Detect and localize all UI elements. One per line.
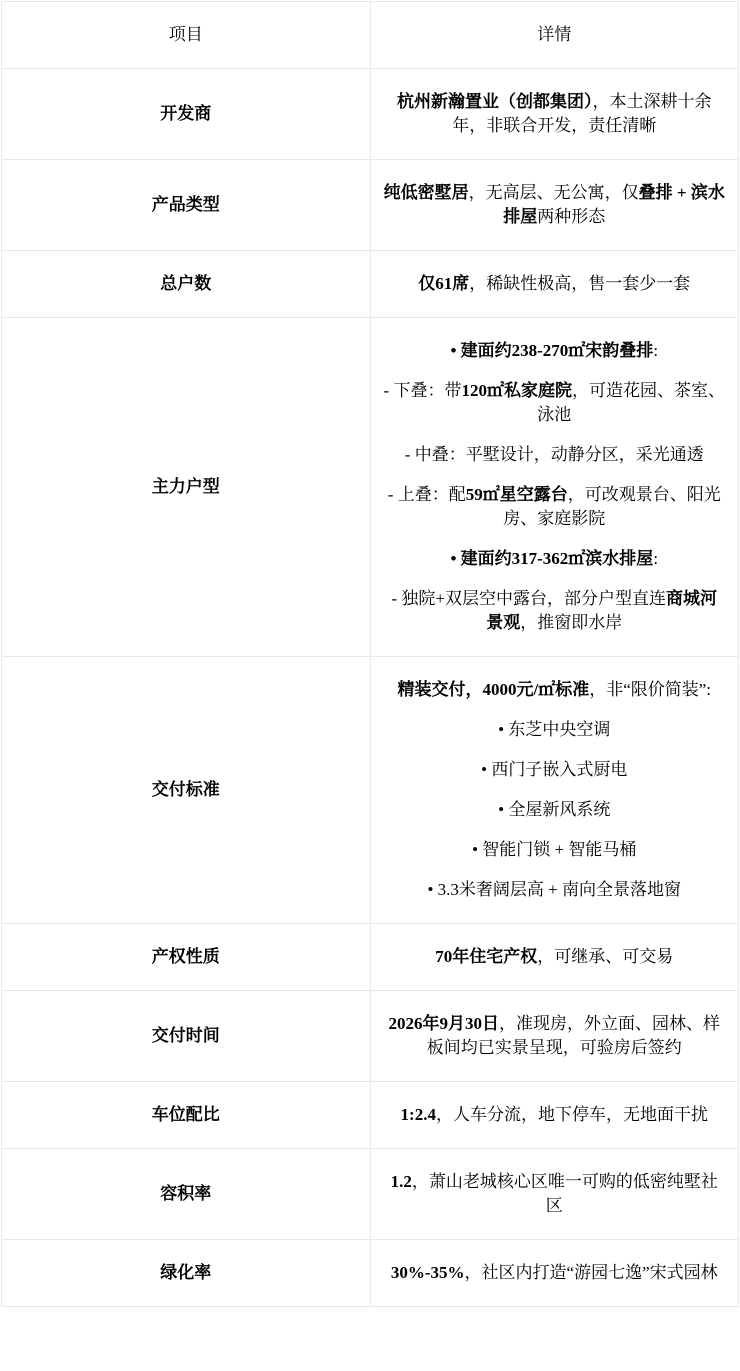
- detail-paragraph: 精装交付，4000元/㎡标准，非“限价简装”:: [384, 678, 726, 702]
- row-label-cell: 总户数: [2, 251, 371, 318]
- row-label-cell: 车位配比: [2, 1082, 371, 1149]
- text-segment: 纯低密墅居: [384, 183, 469, 202]
- table-row: 车位配比1:2.4，人车分流，地下停车，无地面干扰: [2, 1082, 739, 1149]
- row-label-cell: 交付标准: [2, 657, 371, 924]
- text-segment: 两种形态: [537, 207, 605, 226]
- row-label-cell: 容积率: [2, 1149, 371, 1240]
- text-segment: • 3.3米奢阔层高 + 南向全景落地窗: [427, 880, 681, 899]
- table-row: 产品类型纯低密墅居，无高层、无公寓，仅叠排 + 滨水排屋两种形态: [2, 160, 739, 251]
- table-row: 开发商杭州新瀚置业（创都集团），本土深耕十余年，非联合开发，责任清晰: [2, 69, 739, 160]
- text-segment: 120㎡私家庭院: [461, 381, 572, 400]
- text-segment: 杭州新瀚置业（创都集团）: [397, 92, 593, 111]
- row-detail-cell: 70年住宅产权，可继承、可交易: [370, 924, 739, 991]
- row-detail-cell: 1.2，萧山老城核心区唯一可购的低密纯墅社区: [370, 1149, 739, 1240]
- row-label-cell: 交付时间: [2, 991, 371, 1082]
- text-segment: :: [653, 341, 658, 360]
- table-row: 产权性质70年住宅产权，可继承、可交易: [2, 924, 739, 991]
- detail-paragraph: • 智能门锁 + 智能马桶: [384, 838, 726, 862]
- row-detail-cell: 30%-35%，社区内打造“游园七逸”宋式园林: [370, 1240, 739, 1307]
- row-detail-cell: 1:2.4，人车分流，地下停车，无地面干扰: [370, 1082, 739, 1149]
- text-segment: ，萧山老城核心区唯一可购的低密纯墅社区: [412, 1172, 718, 1215]
- text-segment: 59㎡星空露台: [466, 485, 568, 504]
- text-segment: 1.2: [391, 1172, 412, 1191]
- detail-paragraph: 70年住宅产权，可继承、可交易: [384, 945, 726, 969]
- table-row: 交付时间2026年9月30日，准现房，外立面、园林、样板间均已实景呈现，可验房后…: [2, 991, 739, 1082]
- text-segment: 30%-35%: [391, 1263, 465, 1282]
- text-segment: - 独院+双层空中露台，部分户型直连: [392, 589, 667, 608]
- text-segment: ，社区内打造“游园七逸”宋式园林: [465, 1263, 718, 1282]
- text-segment: 2026年9月30日: [389, 1014, 500, 1033]
- row-detail-cell: • 建面约238-270㎡宋韵叠排:- 下叠：带120㎡私家庭院，可造花园、茶室…: [370, 318, 739, 657]
- detail-paragraph: - 独院+双层空中露台，部分户型直连商城河景观，推窗即水岸: [384, 587, 726, 635]
- table-row: 总户数仅61席，稀缺性极高，售一套少一套: [2, 251, 739, 318]
- text-segment: ，推窗即水岸: [520, 613, 622, 632]
- text-segment: ，无高层、无公寓，仅: [469, 183, 639, 202]
- detail-paragraph: • 全屋新风系统: [384, 798, 726, 822]
- detail-paragraph: 仅61席，稀缺性极高，售一套少一套: [384, 272, 726, 296]
- text-segment: - 下叠：带: [384, 381, 462, 400]
- header-cell-item: 项目: [2, 2, 371, 69]
- text-segment: :: [653, 549, 658, 568]
- row-detail-cell: 仅61席，稀缺性极高，售一套少一套: [370, 251, 739, 318]
- text-segment: ，稀缺性极高，售一套少一套: [469, 274, 690, 293]
- detail-paragraph: 30%-35%，社区内打造“游园七逸”宋式园林: [384, 1261, 726, 1285]
- row-detail-cell: 2026年9月30日，准现房，外立面、园林、样板间均已实景呈现，可验房后签约: [370, 991, 739, 1082]
- detail-paragraph: • 建面约317-362㎡滨水排屋:: [384, 547, 726, 571]
- detail-paragraph: 杭州新瀚置业（创都集团），本土深耕十余年，非联合开发，责任清晰: [384, 90, 726, 138]
- table-row: 主力户型• 建面约238-270㎡宋韵叠排:- 下叠：带120㎡私家庭院，可造花…: [2, 318, 739, 657]
- detail-paragraph: 1:2.4，人车分流，地下停车，无地面干扰: [384, 1103, 726, 1127]
- text-segment: 精装交付，4000元/㎡标准: [397, 680, 589, 699]
- text-segment: - 中叠：平墅设计，动静分区，采光通透: [405, 445, 704, 464]
- text-segment: 70年住宅产权: [435, 947, 537, 966]
- detail-paragraph: • 东芝中央空调: [384, 718, 726, 742]
- text-segment: • 东芝中央空调: [498, 720, 610, 739]
- text-segment: 仅61席: [418, 274, 469, 293]
- detail-paragraph: 1.2，萧山老城核心区唯一可购的低密纯墅社区: [384, 1170, 726, 1218]
- page: 项目 详情 开发商杭州新瀚置业（创都集团），本土深耕十余年，非联合开发，责任清晰…: [0, 1, 740, 1307]
- text-segment: • 全屋新风系统: [498, 800, 610, 819]
- row-label-cell: 主力户型: [2, 318, 371, 657]
- row-label-cell: 开发商: [2, 69, 371, 160]
- detail-paragraph: • 3.3米奢阔层高 + 南向全景落地窗: [384, 878, 726, 902]
- text-segment: ，可继承、可交易: [537, 947, 673, 966]
- row-detail-cell: 精装交付，4000元/㎡标准，非“限价简装”:• 东芝中央空调• 西门子嵌入式厨…: [370, 657, 739, 924]
- row-detail-cell: 纯低密墅居，无高层、无公寓，仅叠排 + 滨水排屋两种形态: [370, 160, 739, 251]
- detail-paragraph: - 上叠：配59㎡星空露台，可改观景台、阳光房、家庭影院: [384, 483, 726, 531]
- table-body: 开发商杭州新瀚置业（创都集团），本土深耕十余年，非联合开发，责任清晰产品类型纯低…: [2, 69, 739, 1307]
- text-segment: 1:2.4: [401, 1105, 436, 1124]
- detail-paragraph: • 建面约238-270㎡宋韵叠排:: [384, 339, 726, 363]
- detail-paragraph: • 西门子嵌入式厨电: [384, 758, 726, 782]
- property-info-table: 项目 详情 开发商杭州新瀚置业（创都集团），本土深耕十余年，非联合开发，责任清晰…: [1, 1, 739, 1307]
- text-segment: • 智能门锁 + 智能马桶: [472, 840, 636, 859]
- header-cell-detail: 详情: [370, 2, 739, 69]
- text-segment: • 西门子嵌入式厨电: [481, 760, 627, 779]
- detail-paragraph: - 下叠：带120㎡私家庭院，可造花园、茶室、泳池: [384, 379, 726, 427]
- row-label-cell: 产品类型: [2, 160, 371, 251]
- text-segment: • 建面约238-270㎡宋韵叠排: [450, 341, 653, 360]
- row-label-cell: 绿化率: [2, 1240, 371, 1307]
- row-label-cell: 产权性质: [2, 924, 371, 991]
- text-segment: ，人车分流，地下停车，无地面干扰: [436, 1105, 708, 1124]
- detail-paragraph: - 中叠：平墅设计，动静分区，采光通透: [384, 443, 726, 467]
- detail-paragraph: 纯低密墅居，无高层、无公寓，仅叠排 + 滨水排屋两种形态: [384, 181, 726, 229]
- text-segment: • 建面约317-362㎡滨水排屋: [450, 549, 653, 568]
- table-row: 绿化率30%-35%，社区内打造“游园七逸”宋式园林: [2, 1240, 739, 1307]
- text-segment: ，非“限价简装”:: [589, 680, 711, 699]
- table-row: 容积率1.2，萧山老城核心区唯一可购的低密纯墅社区: [2, 1149, 739, 1240]
- text-segment: - 上叠：配: [388, 485, 466, 504]
- detail-paragraph: 2026年9月30日，准现房，外立面、园林、样板间均已实景呈现，可验房后签约: [384, 1012, 726, 1060]
- table-row: 交付标准精装交付，4000元/㎡标准，非“限价简装”:• 东芝中央空调• 西门子…: [2, 657, 739, 924]
- row-detail-cell: 杭州新瀚置业（创都集团），本土深耕十余年，非联合开发，责任清晰: [370, 69, 739, 160]
- header-row: 项目 详情: [2, 2, 739, 69]
